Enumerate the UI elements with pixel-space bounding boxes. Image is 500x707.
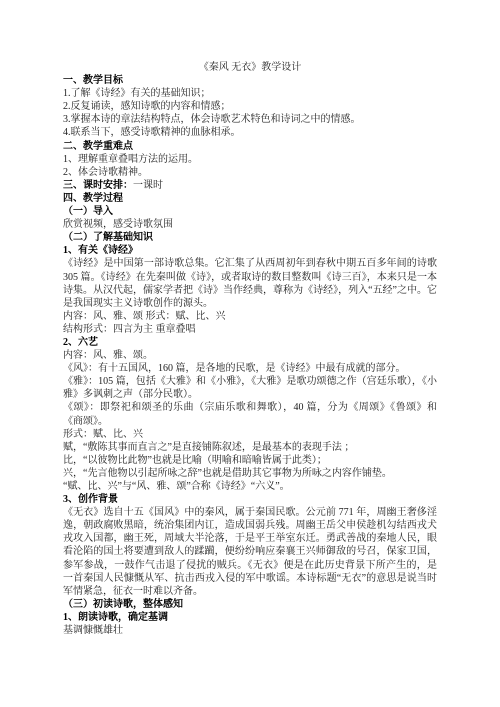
heading-reading-tone: 1、朗读诗歌，确定基调	[63, 611, 437, 624]
class-hours-label: 三、课时安排：	[63, 180, 133, 191]
doc-title: 《秦风 无衣》教学设计	[63, 61, 437, 74]
heading-step3-first-reading: （三）初读诗歌，整体感知	[63, 598, 437, 611]
heading-step1-lead-in: （一）导入	[63, 205, 437, 218]
forms-list: 形式：赋、比、兴	[63, 428, 437, 441]
document-page: 《秦风 无衣》教学设计 一、教学目标 1.了解《诗经》有关的基础知识； 2.反复…	[0, 0, 500, 707]
focus-item-2: 2、体会诗歌精神。	[63, 166, 437, 179]
focus-item-1: 1、理解重章叠唱方法的运用。	[63, 153, 437, 166]
heading-teaching-objectives: 一、教学目标	[63, 74, 437, 87]
heading-six-arts: 2、六艺	[63, 336, 437, 349]
fu-definition: 赋，“敷陈其事而直言之”是直接铺陈叙述，是最基本的表现手法 ；	[63, 441, 437, 454]
feng-description: 《风》：有十五国风，160 篇，是各地的民歌，是《诗经》中最有成就的部分。	[63, 362, 437, 375]
class-hours-value: 一课时	[133, 180, 163, 191]
heading-about-shijing: 1、有关《诗经》	[63, 244, 437, 257]
objective-item-2: 2.反复诵读，感知诗歌的内容和情感；	[63, 100, 437, 113]
heading-class-hours: 三、课时安排：一课时	[63, 179, 437, 192]
heading-creation-background: 3、创作背景	[63, 493, 437, 506]
bi-definition: 比，“以彼物比此物”也就是比喻（明喻和暗喻皆属于此类）；	[63, 454, 437, 467]
six-arts-content: 内容：风、雅、颂。	[63, 349, 437, 362]
lead-in-activity: 欣赏视频，感受诗歌氛围	[63, 218, 437, 231]
xing-definition: 兴，“先言他物以引起所咏之辞”也就是借助其它事物为所咏之内容作铺垫。	[63, 467, 437, 480]
song-description: 《颂》：即祭祀和颂圣的乐曲（宗庙乐歌和舞歌），40 篇，分为《周颂》《鲁颂》和《…	[63, 401, 437, 427]
heading-teaching-process: 四、教学过程	[63, 192, 437, 205]
ya-description: 《雅》：105 篇，包括《大雅》和《小雅》，《大雅》是歌功颂德之作（宫廷乐歌），…	[63, 375, 437, 401]
tone-conclusion: 基调慷慨雄壮	[63, 624, 437, 637]
shijing-introduction: 《诗经》是中国第一部诗歌总集。它汇集了从西周初年到春秋中期五百多年间的诗歌 30…	[63, 257, 437, 309]
objective-item-3: 3.掌握本诗的章法结构特点，体会诗歌艺术特色和诗词之中的情感。	[63, 113, 437, 126]
shijing-structure: 结构形式：四言为主 重章叠唱	[63, 323, 437, 336]
creation-background-text: 《无衣》选自十五《国风》中的秦风，属于秦国民歌。公元前 771 年，周幽王奢侈淫…	[63, 506, 437, 598]
shijing-content-forms: 内容：风、雅、颂 形式：赋、比、兴	[63, 310, 437, 323]
heading-step2-basic-knowledge: （二）了解基础知识	[63, 231, 437, 244]
heading-teaching-focus: 二、教学重难点	[63, 140, 437, 153]
objective-item-1: 1.了解《诗经》有关的基础知识；	[63, 87, 437, 100]
six-meanings: “赋、比、兴”与“风、雅、颂”合称《诗经》“六义”。	[63, 480, 437, 493]
objective-item-4: 4.联系当下，感受诗歌精神的血脉相承。	[63, 126, 437, 139]
